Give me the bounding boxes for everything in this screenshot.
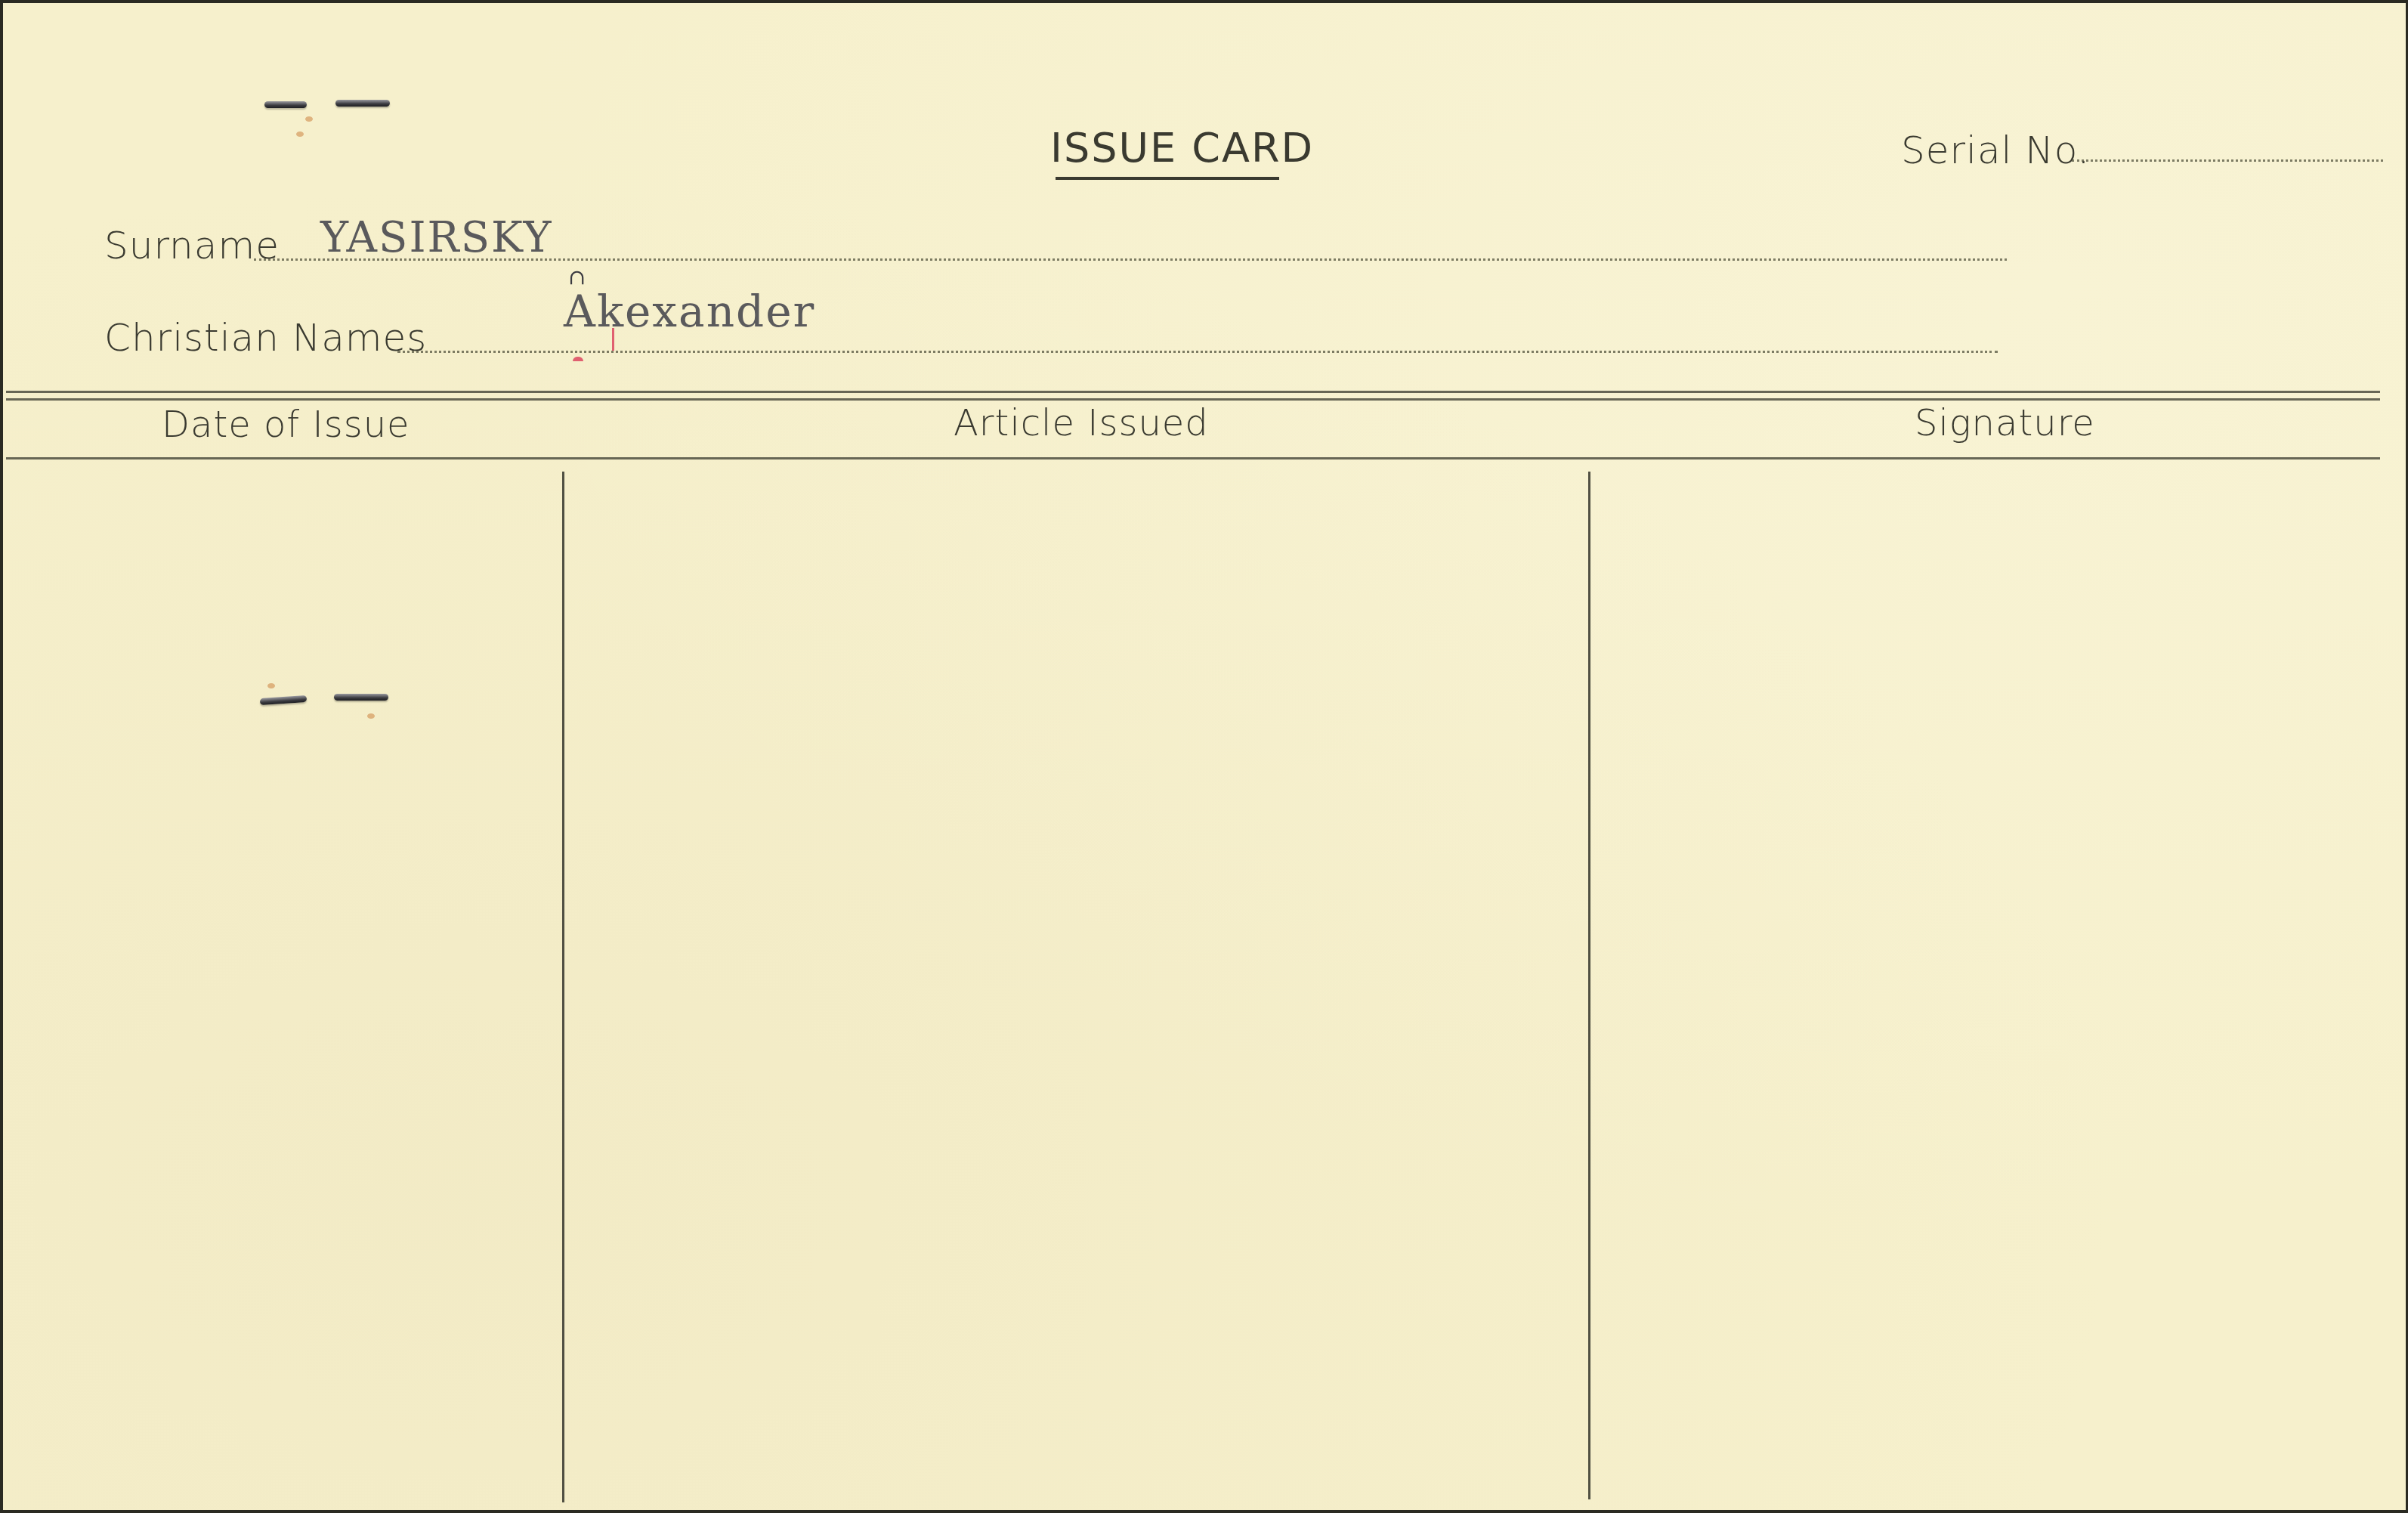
column-divider-2 — [1588, 472, 1590, 1499]
serial-field[interactable] — [2072, 159, 2383, 162]
column-header-date-of-issue: Date of Issue — [162, 404, 410, 446]
issue-card: ISSUE CARD Serial No. Surname YASIRSKY C… — [3, 3, 2406, 1510]
staple-top-right — [335, 100, 390, 107]
red-correction-mark — [612, 328, 614, 351]
card-title: ISSUE CARD — [1050, 124, 1314, 172]
red-correction-mark — [573, 357, 583, 361]
double-rule-top — [6, 391, 2380, 393]
staple-top-left — [264, 101, 307, 108]
christian-names-label: Christian Names — [104, 316, 427, 360]
header-bottom-rule — [6, 457, 2380, 459]
double-rule-bottom — [6, 398, 2380, 401]
accent-mark: ∩ — [568, 265, 586, 289]
article-issued-column[interactable] — [566, 461, 1586, 1504]
christian-names-field[interactable] — [397, 351, 1998, 353]
surname-label: Surname — [104, 224, 280, 268]
signature-column[interactable] — [1592, 461, 2380, 1504]
surname-value: YASIRSKY — [320, 213, 552, 262]
rust-stain — [296, 131, 304, 137]
date-of-issue-column[interactable] — [6, 461, 561, 1504]
column-header-article-issued: Article Issued — [954, 402, 1209, 444]
serial-label: Serial No. — [1901, 128, 2090, 172]
column-header-signature: Signature — [1915, 402, 2095, 444]
column-divider-1 — [562, 472, 564, 1502]
rust-stain — [305, 116, 313, 122]
christian-names-value: Akexander — [564, 286, 815, 337]
title-underline — [1056, 177, 1279, 180]
